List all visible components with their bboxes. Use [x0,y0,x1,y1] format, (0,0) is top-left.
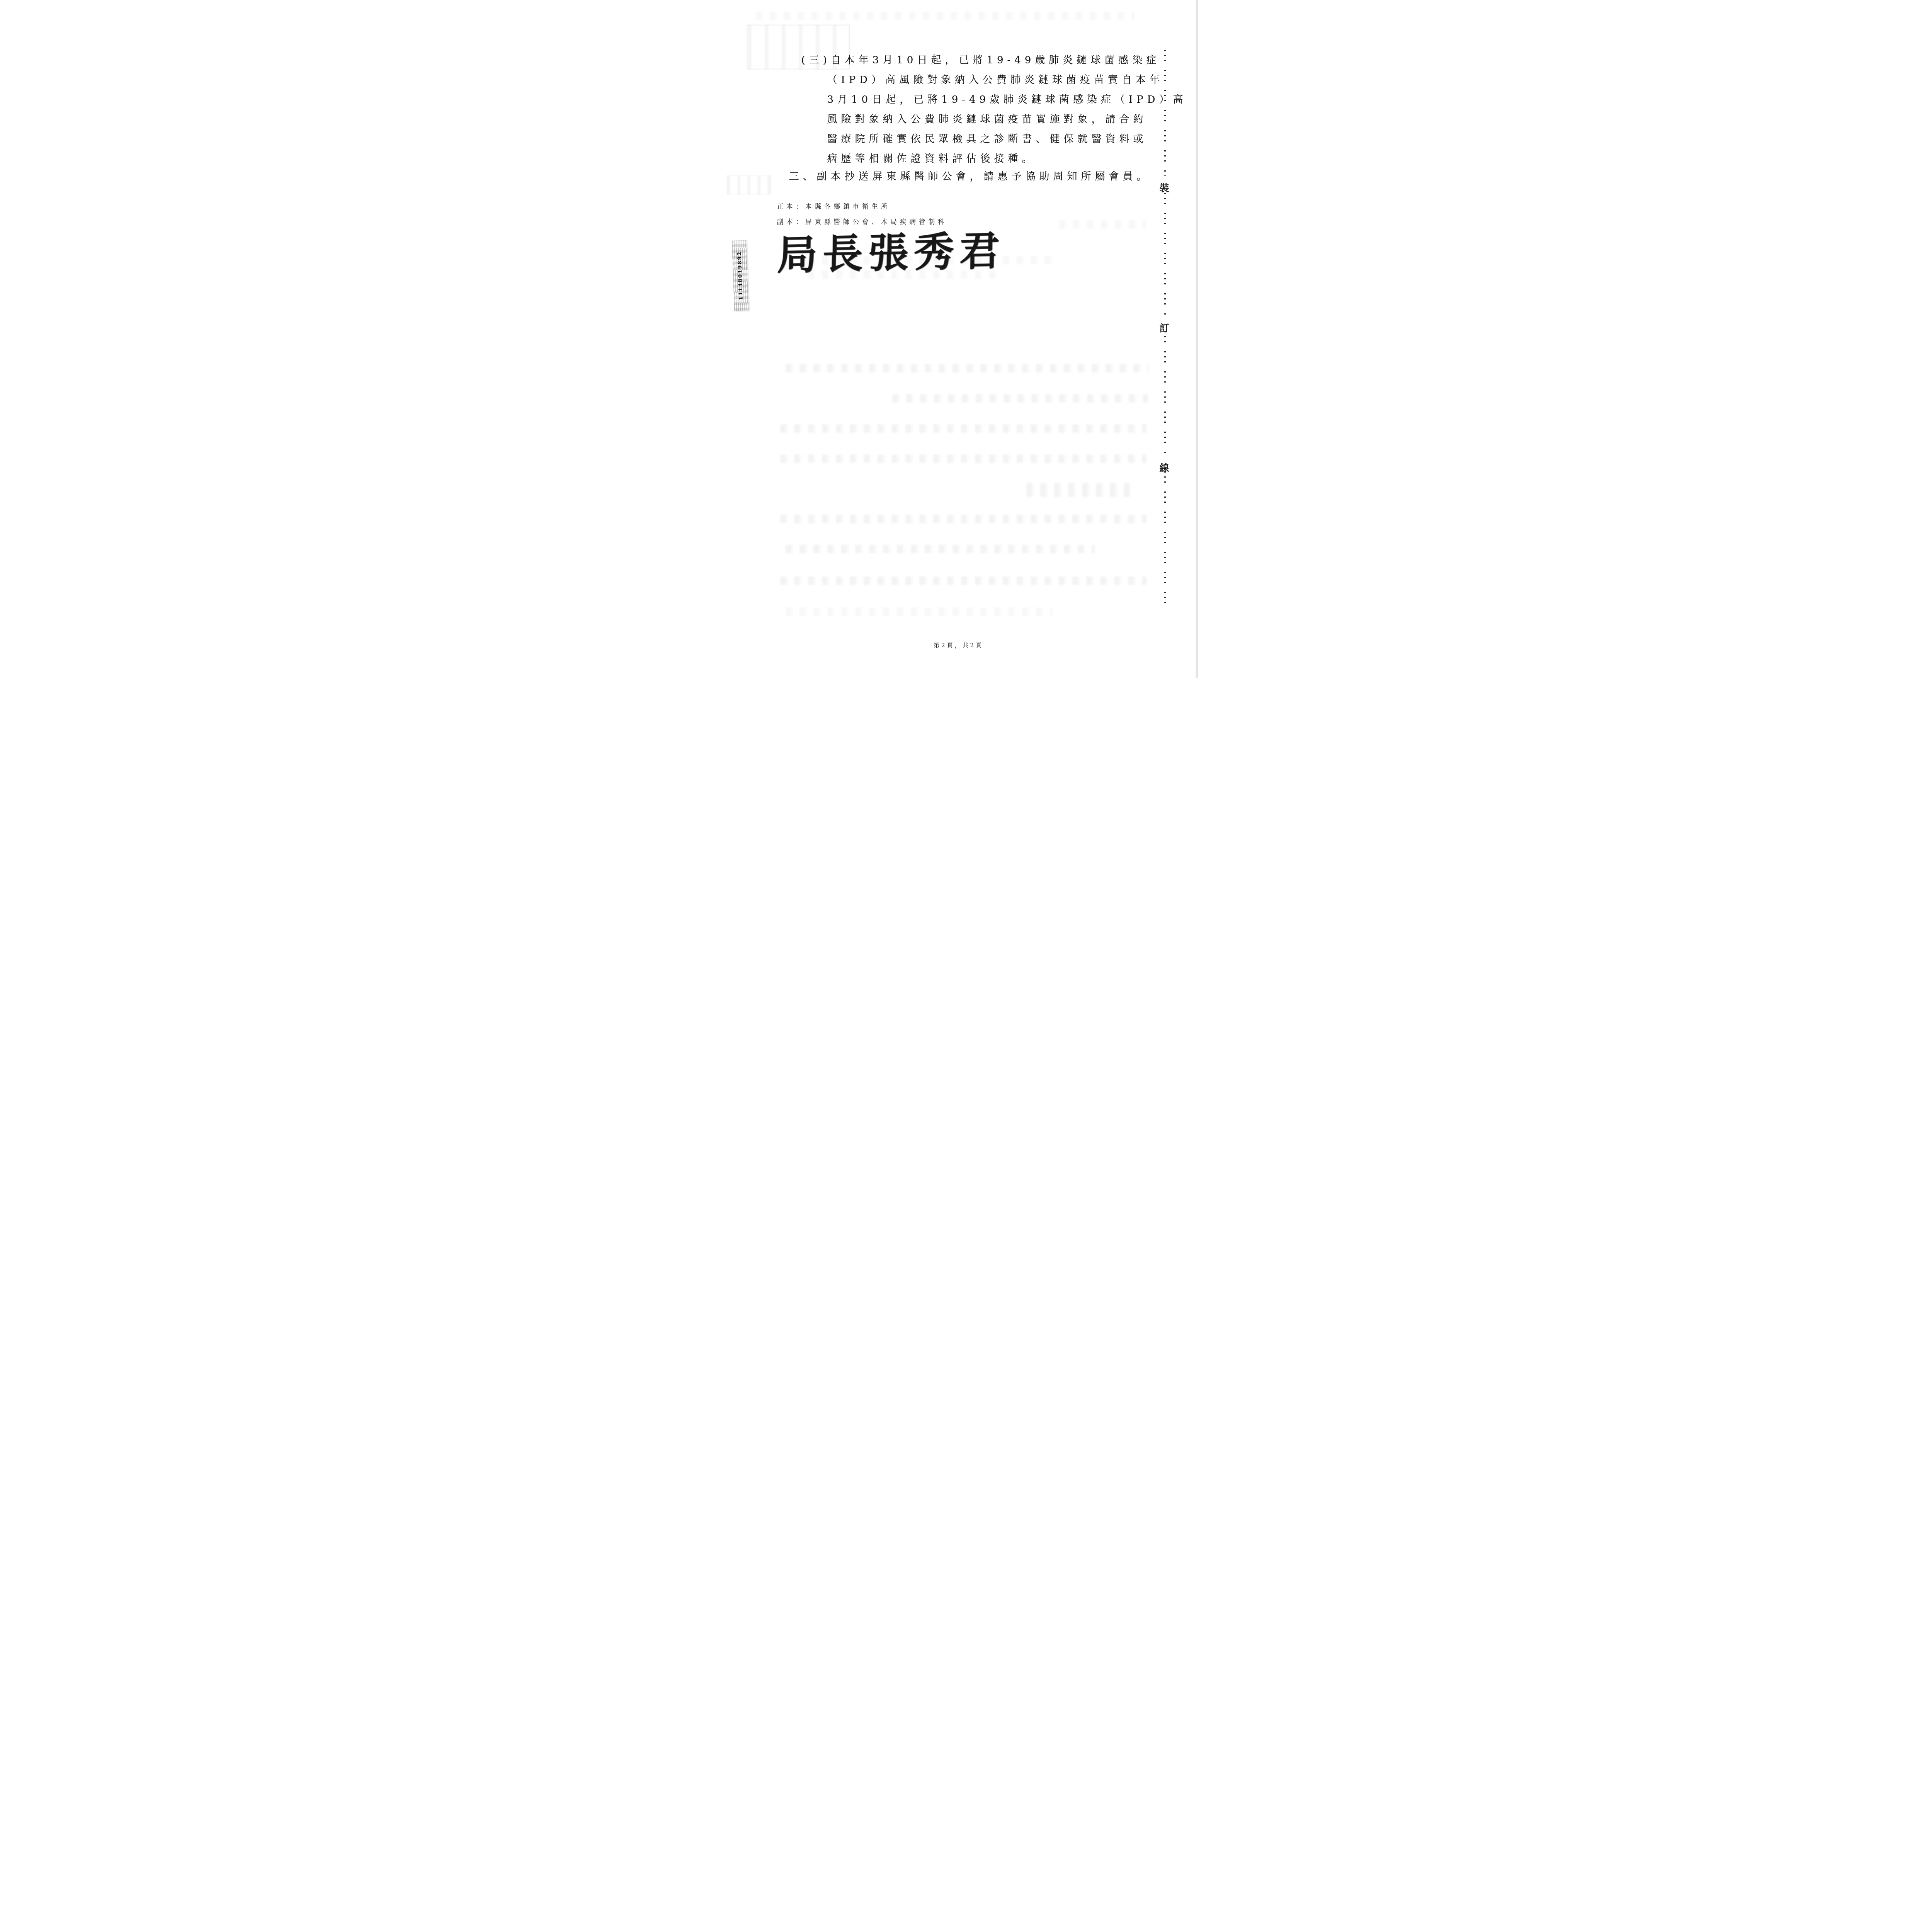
receipt-number: 11148019892 [737,251,744,300]
bleed-through-line [756,12,1135,20]
item-3-line: 三、副本抄送屏東縣醫師公會，請惠予協助周知所屬會員。 [789,170,1151,183]
director-signature: 局長張秀君 [777,230,1005,277]
bleed-through-line [786,607,1052,616]
receipt-stamp: 11148019892 [731,240,748,311]
recipient-original-line: 正本：本縣各鄉鎮市衛生所 [777,201,891,211]
bleed-through-line [1059,220,1146,229]
body-text-line: 3月10日起，已將19-49歲肺炎鏈球菌感染症（IPD）高 [827,94,1187,106]
binding-dotted-line [1164,50,1166,176]
binding-label-xian: 線 [1160,461,1169,474]
body-text-line: 醫療院所確實依民眾檢具之診斷書、健保就醫資料或 [827,133,1147,146]
bleed-through-line [892,394,1148,403]
binding-label-ding: 訂 [1160,321,1169,335]
binding-dotted-line [1164,193,1166,315]
bleed-through-line [780,577,1146,585]
page-number-footer: 第2頁，共2頁 [719,641,1198,649]
bleed-through-small-stamp [727,175,771,194]
bleed-through-line [780,424,1146,433]
body-text-line: 風險對象納入公費肺炎鏈球菌疫苗實施對象，請合約 [827,113,1147,126]
scanned-document-page: (三)自本年3月10日起，已將19-49歲肺炎鏈球菌感染症 （IPD）高風險對象… [719,0,1198,678]
bleed-through-line [780,454,1146,463]
body-text-line: 病歷等相關佐證資料評估後接種。 [827,153,1036,165]
bleed-through-line [1026,483,1131,497]
body-text-line: (三)自本年3月10日起，已將19-49歲肺炎鏈球菌感染症 [801,54,1160,67]
body-text-line: （IPD）高風險對象納入公費肺炎鏈球菌疫苗實自本年 [827,74,1164,87]
bleed-through-line [786,364,1149,372]
bleed-through-line [786,545,1095,553]
recipient-copy-line: 副本：屏東縣醫師公會、本局疾病管制科 [777,217,947,226]
binding-dotted-line [1164,331,1166,455]
scan-edge-shadow [1195,0,1198,678]
binding-dotted-line [1164,471,1166,611]
binding-label-zhuang: 裝 [1160,180,1169,194]
bleed-through-line [780,515,1146,523]
